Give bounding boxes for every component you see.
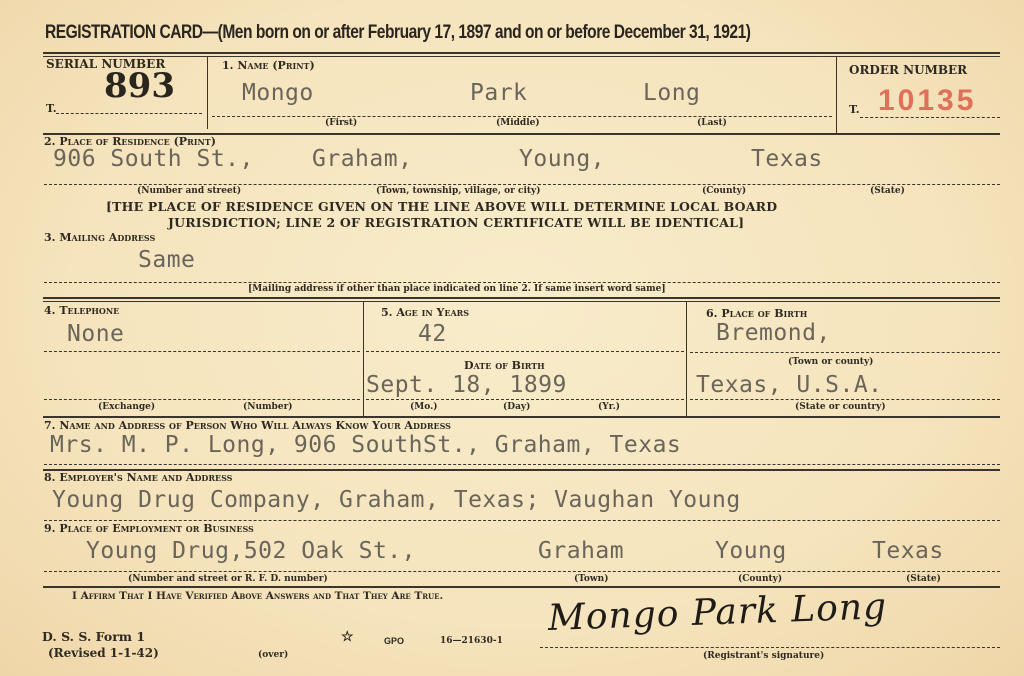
dob-line <box>366 399 684 400</box>
name-middle-caption: (Middle) <box>496 118 540 128</box>
star-icon: ☆ <box>341 629 354 645</box>
dob-label: Date of Birth <box>464 359 545 372</box>
residence-town-caption: (Town, township, village, or city) <box>376 186 541 196</box>
employment-county: Young <box>715 538 787 564</box>
card-title: REGISTRATION CARD—(Men born on or after … <box>45 22 750 44</box>
employer-label: 8. Employer's Name and Address <box>44 471 232 484</box>
employment-label: 9. Place of Employment or Business <box>44 522 254 535</box>
mailing-address-line <box>44 282 1000 283</box>
name-last-caption: (Last) <box>697 118 727 128</box>
section-rule-thin <box>43 301 1000 302</box>
gpo-mark: GPO <box>384 636 404 646</box>
form-revised: (Revised 1-1-42) <box>48 646 159 660</box>
birthplace-town-line <box>690 352 1000 353</box>
age-label-text: 5. Age in Years <box>381 306 469 319</box>
residence-street-caption: (Number and street) <box>137 186 241 196</box>
residence-town: Graham, <box>312 146 412 172</box>
top-rule-thin <box>43 56 1000 57</box>
birthplace-state-line <box>690 399 1000 400</box>
birthplace-label: 6. Place of Birth <box>706 307 807 320</box>
registration-card: REGISTRATION CARD—(Men born on or after … <box>0 0 1024 676</box>
residence-state: Texas <box>751 146 823 172</box>
residence-street: 906 South St., <box>53 146 254 172</box>
employment-label-text: 9. Place of Employment or Business <box>44 522 254 535</box>
order-number-prefix: T. <box>849 103 860 116</box>
residence-line <box>44 184 1000 185</box>
employment-street: Young Drug,502 Oak St., <box>86 538 416 564</box>
contact-value: Mrs. M. P. Long, 906 SouthSt., Graham, T… <box>50 432 681 458</box>
employment-street-caption: (Number and street or R. F. D. number) <box>128 574 328 584</box>
birthplace-town-caption: (Town or county) <box>788 357 873 367</box>
order-number-value: 10135 <box>878 84 976 118</box>
telephone-line-2 <box>44 399 360 400</box>
telephone-label: 4. Telephone <box>44 304 119 317</box>
residence-notice-line1: [THE PLACE OF RESIDENCE GIVEN ON THE LIN… <box>106 199 777 214</box>
affirmation-text: I Affirm That I Have Verified Above Answ… <box>72 590 443 602</box>
dob-year-caption: (Yr.) <box>598 402 620 412</box>
affirmation-text-content: I Affirm That I Have Verified Above Answ… <box>72 590 443 602</box>
divider <box>207 57 208 129</box>
signature-line <box>540 647 1000 648</box>
name-label-text: 1. Name (Print) <box>222 59 315 72</box>
name-first-caption: (First) <box>325 118 357 128</box>
order-number-line <box>860 117 1000 118</box>
telephone-label-text: 4. Telephone <box>44 304 119 317</box>
gpo-number: 16—21630-1 <box>440 636 503 646</box>
employment-town-caption: (Town) <box>574 574 608 584</box>
birthplace-state-caption: (State or country) <box>795 402 886 412</box>
serial-number-line <box>56 113 202 114</box>
employer-line <box>44 520 1000 521</box>
employment-state: Texas <box>872 538 944 564</box>
residence-county: Young, <box>519 146 605 172</box>
employment-line <box>44 571 1000 572</box>
name-middle: Park <box>470 80 527 106</box>
over-note: (over) <box>258 650 288 660</box>
contact-label: 7. Name and Address of Person Who Will A… <box>44 419 451 432</box>
name-first: Mongo <box>242 80 314 106</box>
mailing-address-caption: [Mailing address if other than place ind… <box>248 284 666 294</box>
residence-county-caption: (County) <box>702 186 746 196</box>
birthplace-state: Texas, U.S.A. <box>696 372 883 398</box>
age-label: 5. Age in Years <box>381 306 469 319</box>
mailing-address-label: 3. Mailing Address <box>44 231 155 244</box>
dob-month-caption: (Mo.) <box>410 402 437 412</box>
employment-town: Graham <box>538 538 624 564</box>
residence-state-caption: (State) <box>870 186 905 196</box>
birthplace-label-text: 6. Place of Birth <box>706 307 807 320</box>
telephone-line <box>44 351 360 352</box>
section-rule <box>43 416 1000 418</box>
employer-label-text: 8. Employer's Name and Address <box>44 471 232 484</box>
name-last: Long <box>643 80 700 106</box>
age-value: 42 <box>418 321 447 347</box>
mailing-address-value: Same <box>138 247 195 273</box>
birthplace-town: Bremond, <box>716 320 831 346</box>
residence-notice-line2: JURISDICTION; LINE 2 OF REGISTRATION CER… <box>168 215 744 230</box>
employment-state-caption: (State) <box>906 574 941 584</box>
section-rule <box>43 297 1000 299</box>
signature-caption: (Registrant's signature) <box>703 651 824 661</box>
name-label: 1. Name (Print) <box>222 59 315 72</box>
mailing-address-label-text: 3. Mailing Address <box>44 231 155 244</box>
order-number-label: ORDER NUMBER <box>849 63 967 77</box>
telephone-exchange-caption: (Exchange) <box>98 402 155 412</box>
dob-day-caption: (Day) <box>503 402 530 412</box>
divider <box>363 302 364 416</box>
divider <box>836 57 837 135</box>
serial-number-value: 893 <box>104 66 175 106</box>
divider <box>686 302 687 416</box>
registrant-signature: Mongo Park Long <box>547 586 887 639</box>
name-line <box>212 116 832 117</box>
dob-label-text: Date of Birth <box>464 359 545 372</box>
telephone-value: None <box>67 321 124 347</box>
age-line <box>366 351 684 352</box>
top-rule <box>43 52 1000 54</box>
employment-county-caption: (County) <box>738 574 782 584</box>
contact-line <box>44 464 1000 465</box>
dob-value: Sept. 18, 1899 <box>366 372 567 398</box>
telephone-number-caption: (Number) <box>243 402 293 412</box>
contact-label-text: 7. Name and Address of Person Who Will A… <box>44 419 451 432</box>
employer-value: Young Drug Company, Graham, Texas; Vaugh… <box>52 487 741 513</box>
form-number: D. S. S. Form 1 <box>42 629 145 644</box>
